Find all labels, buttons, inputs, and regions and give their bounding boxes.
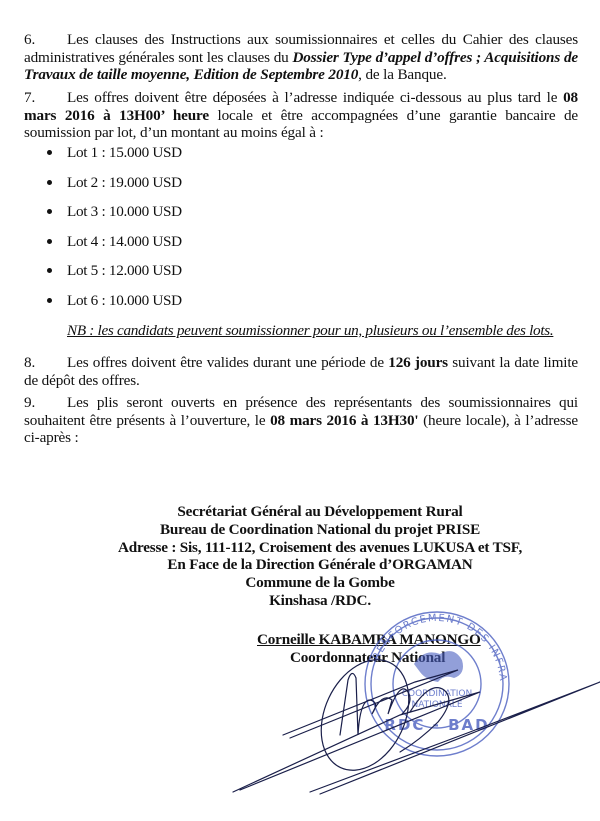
lot-label: Lot 1 : 15.000 USD (67, 144, 182, 161)
clause-text: Les offres doivent être déposées à l’adr… (67, 89, 563, 106)
clause-text: Les offres doivent être valides durant u… (67, 354, 388, 371)
list-item: Lot 2 : 19.000 USD (47, 174, 182, 204)
clause-number: 6. (24, 31, 67, 49)
lots-note: NB : les candidats peuvent soumissionner… (67, 322, 553, 340)
clause-6: 6.Les clauses des Instructions aux soumi… (24, 31, 578, 84)
lot-label: Lot 4 : 14.000 USD (67, 233, 182, 250)
handwritten-signature-icon (230, 640, 600, 800)
bullet-icon (47, 180, 52, 185)
address-line: Adresse : Sis, 111-112, Croisement des a… (60, 539, 580, 557)
address-block: Secrétariat Général au Développement Rur… (60, 503, 580, 610)
lot-label: Lot 3 : 10.000 USD (67, 203, 182, 220)
clause-9: 9.Les plis seront ouverts en présence de… (24, 394, 578, 447)
clause-number: 9. (24, 394, 67, 412)
list-item: Lot 3 : 10.000 USD (47, 203, 182, 233)
bullet-icon (47, 239, 52, 244)
address-line: Commune de la Gombe (60, 574, 580, 592)
list-item: Lot 1 : 15.000 USD (47, 144, 182, 174)
document-page: 6.Les clauses des Instructions aux soumi… (0, 0, 600, 821)
opening-datetime: 08 mars 2016 à 13H30' (270, 412, 418, 429)
lot-label: Lot 2 : 19.000 USD (67, 174, 182, 191)
list-item: Lot 4 : 14.000 USD (47, 233, 182, 263)
clause-number: 7. (24, 89, 67, 107)
clause-8: 8.Les offres doivent être valides durant… (24, 354, 578, 389)
lot-label: Lot 6 : 10.000 USD (67, 292, 182, 309)
lot-guarantee-list: Lot 1 : 15.000 USD Lot 2 : 19.000 USD Lo… (47, 144, 182, 321)
address-line: Bureau de Coordination National du proje… (60, 521, 580, 539)
clause-text-end: , de la Banque. (358, 66, 446, 83)
bullet-icon (47, 268, 52, 273)
address-line: Secrétariat Général au Développement Rur… (60, 503, 580, 521)
list-item: Lot 6 : 10.000 USD (47, 292, 182, 322)
lot-label: Lot 5 : 12.000 USD (67, 262, 182, 279)
validity-duration: 126 jours (388, 354, 448, 371)
address-line: En Face de la Direction Générale d’ORGAM… (60, 556, 580, 574)
clause-number: 8. (24, 354, 67, 372)
bullet-icon (47, 209, 52, 214)
bullet-icon (47, 298, 52, 303)
bullet-icon (47, 150, 52, 155)
list-item: Lot 5 : 12.000 USD (47, 262, 182, 292)
clause-7: 7.Les offres doivent être déposées à l’a… (24, 89, 578, 142)
